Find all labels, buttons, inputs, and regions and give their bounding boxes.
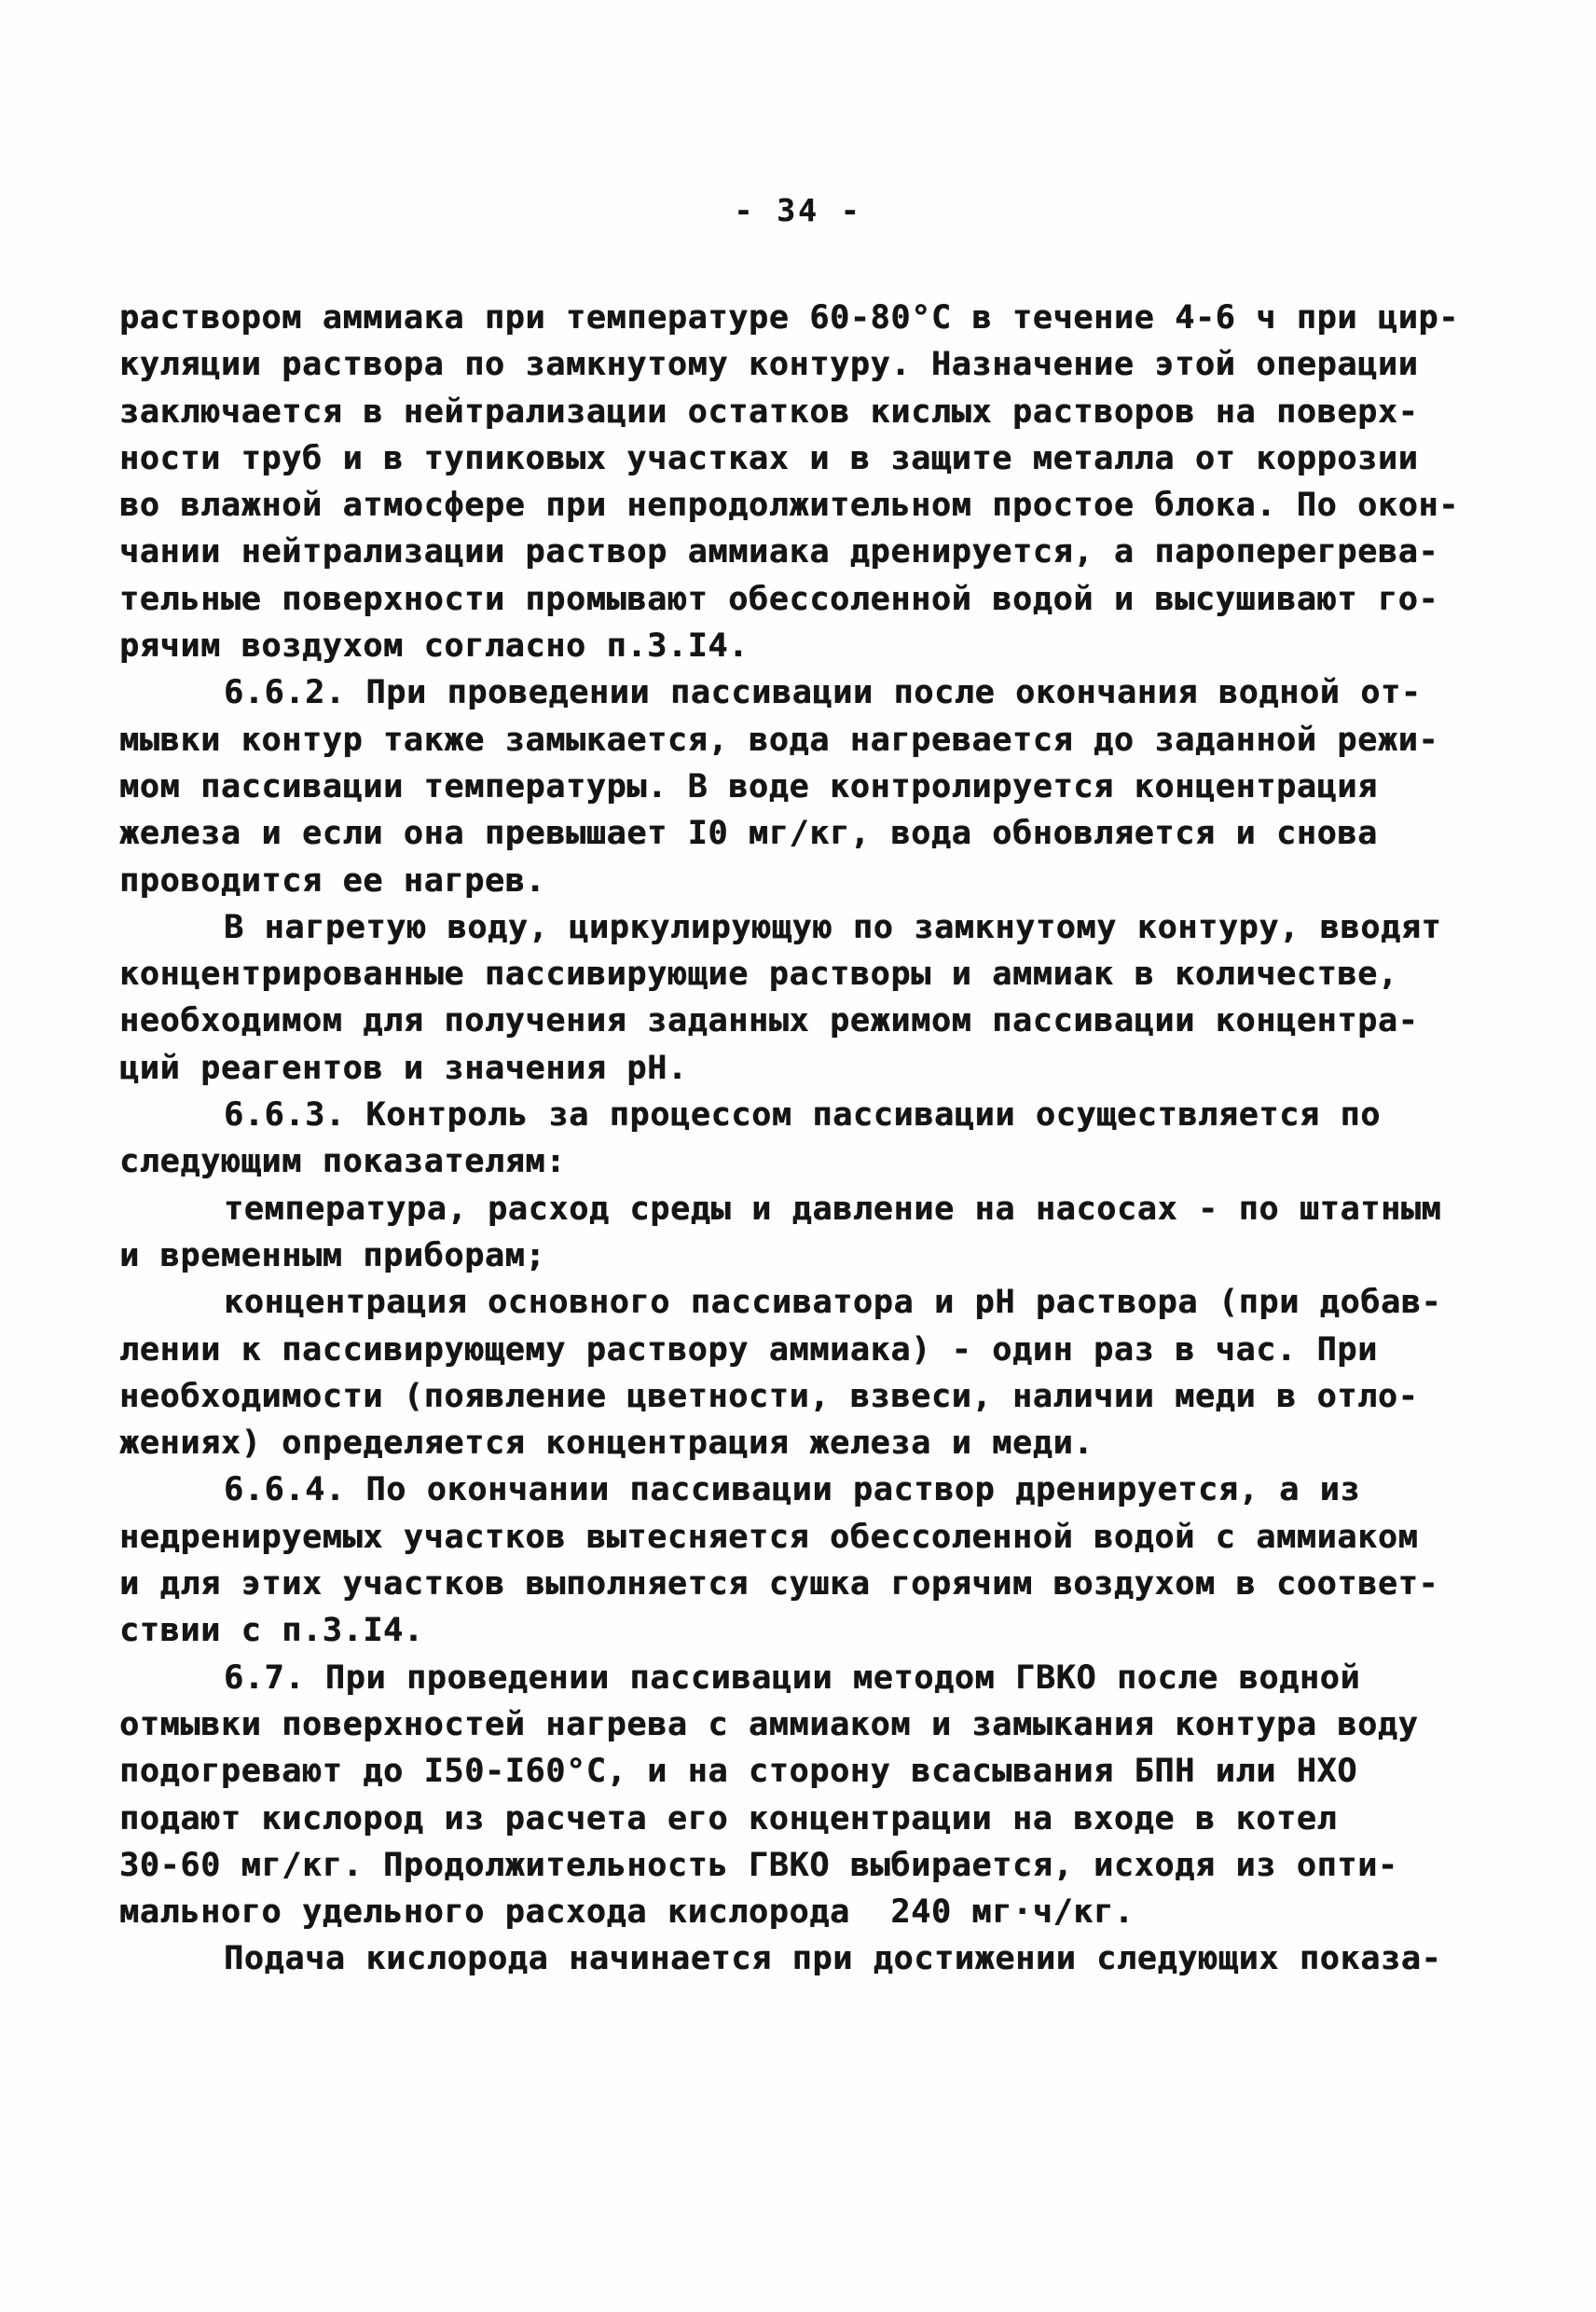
text-line: мывки контур также замыкается, вода нагр… bbox=[119, 717, 1497, 764]
text-line: 6.6.4. По окончании пассивации раствор д… bbox=[119, 1466, 1497, 1513]
page-number: - 34 - bbox=[0, 192, 1596, 228]
text-line: железа и если она превышает I0 мг/кг, во… bbox=[119, 810, 1497, 857]
text-line: подогревают до I50-I60°С, и на сторону в… bbox=[119, 1748, 1497, 1795]
text-line: мом пассивации температуры. В воде контр… bbox=[119, 764, 1497, 810]
text-line: тельные поверхности промывают обессоленн… bbox=[119, 576, 1497, 623]
text-line: ности труб и в тупиковых участках и в за… bbox=[119, 435, 1497, 482]
text-line: В нагретую воду, циркулирующую по замкну… bbox=[119, 904, 1497, 951]
text-line: необходимом для получения заданных режим… bbox=[119, 998, 1497, 1044]
text-line: и временным приборам; bbox=[119, 1232, 1497, 1279]
text-line: необходимости (появление цветности, взве… bbox=[119, 1373, 1497, 1420]
text-line: проводится ее нагрев. bbox=[119, 858, 1497, 904]
text-line: ций реагентов и значения рН. bbox=[119, 1045, 1497, 1092]
text-line: 6.6.2. При проведении пассивации после о… bbox=[119, 669, 1497, 716]
text-line: куляции раствора по замкнутому контуру. … bbox=[119, 341, 1497, 388]
body-text: раствором аммиака при температуре 60-80°… bbox=[119, 295, 1497, 1983]
text-line: 6.6.3. Контроль за процессом пассивации … bbox=[119, 1092, 1497, 1138]
text-line: ствии с п.3.I4. bbox=[119, 1607, 1497, 1654]
text-line: концентрированные пассивирующие растворы… bbox=[119, 951, 1497, 998]
text-line: заключается в нейтрализации остатков кис… bbox=[119, 389, 1497, 435]
text-line: 6.7. При проведении пассивации методом Г… bbox=[119, 1655, 1497, 1701]
text-line: Подача кислорода начинается при достижен… bbox=[119, 1935, 1497, 1982]
text-line: чании нейтрализации раствор аммиака дрен… bbox=[119, 529, 1497, 575]
text-line: 30-60 мг/кг. Продолжительность ГВКО выби… bbox=[119, 1842, 1497, 1889]
text-line: и для этих участков выполняется сушка го… bbox=[119, 1561, 1497, 1607]
text-line: мального удельного расхода кислорода 240… bbox=[119, 1889, 1497, 1935]
text-line: недренируемых участков вытесняется обесс… bbox=[119, 1514, 1497, 1561]
text-line: рячим воздухом согласно п.3.I4. bbox=[119, 623, 1497, 669]
text-line: следующим показателям: bbox=[119, 1138, 1497, 1185]
text-line: температура, расход среды и давление на … bbox=[119, 1186, 1497, 1232]
text-line: лении к пассивирующему раствору аммиака)… bbox=[119, 1327, 1497, 1373]
text-line: концентрация основного пассиватора и рН … bbox=[119, 1279, 1497, 1326]
text-line: жениях) определяется концентрация железа… bbox=[119, 1420, 1497, 1466]
text-line: во влажной атмосфере при непродолжительн… bbox=[119, 482, 1497, 529]
document-page: - 34 - раствором аммиака при температуре… bbox=[0, 0, 1596, 2312]
text-line: отмывки поверхностей нагрева с аммиаком … bbox=[119, 1701, 1497, 1748]
text-line: подают кислород из расчета его концентра… bbox=[119, 1796, 1497, 1842]
text-line: раствором аммиака при температуре 60-80°… bbox=[119, 295, 1497, 341]
